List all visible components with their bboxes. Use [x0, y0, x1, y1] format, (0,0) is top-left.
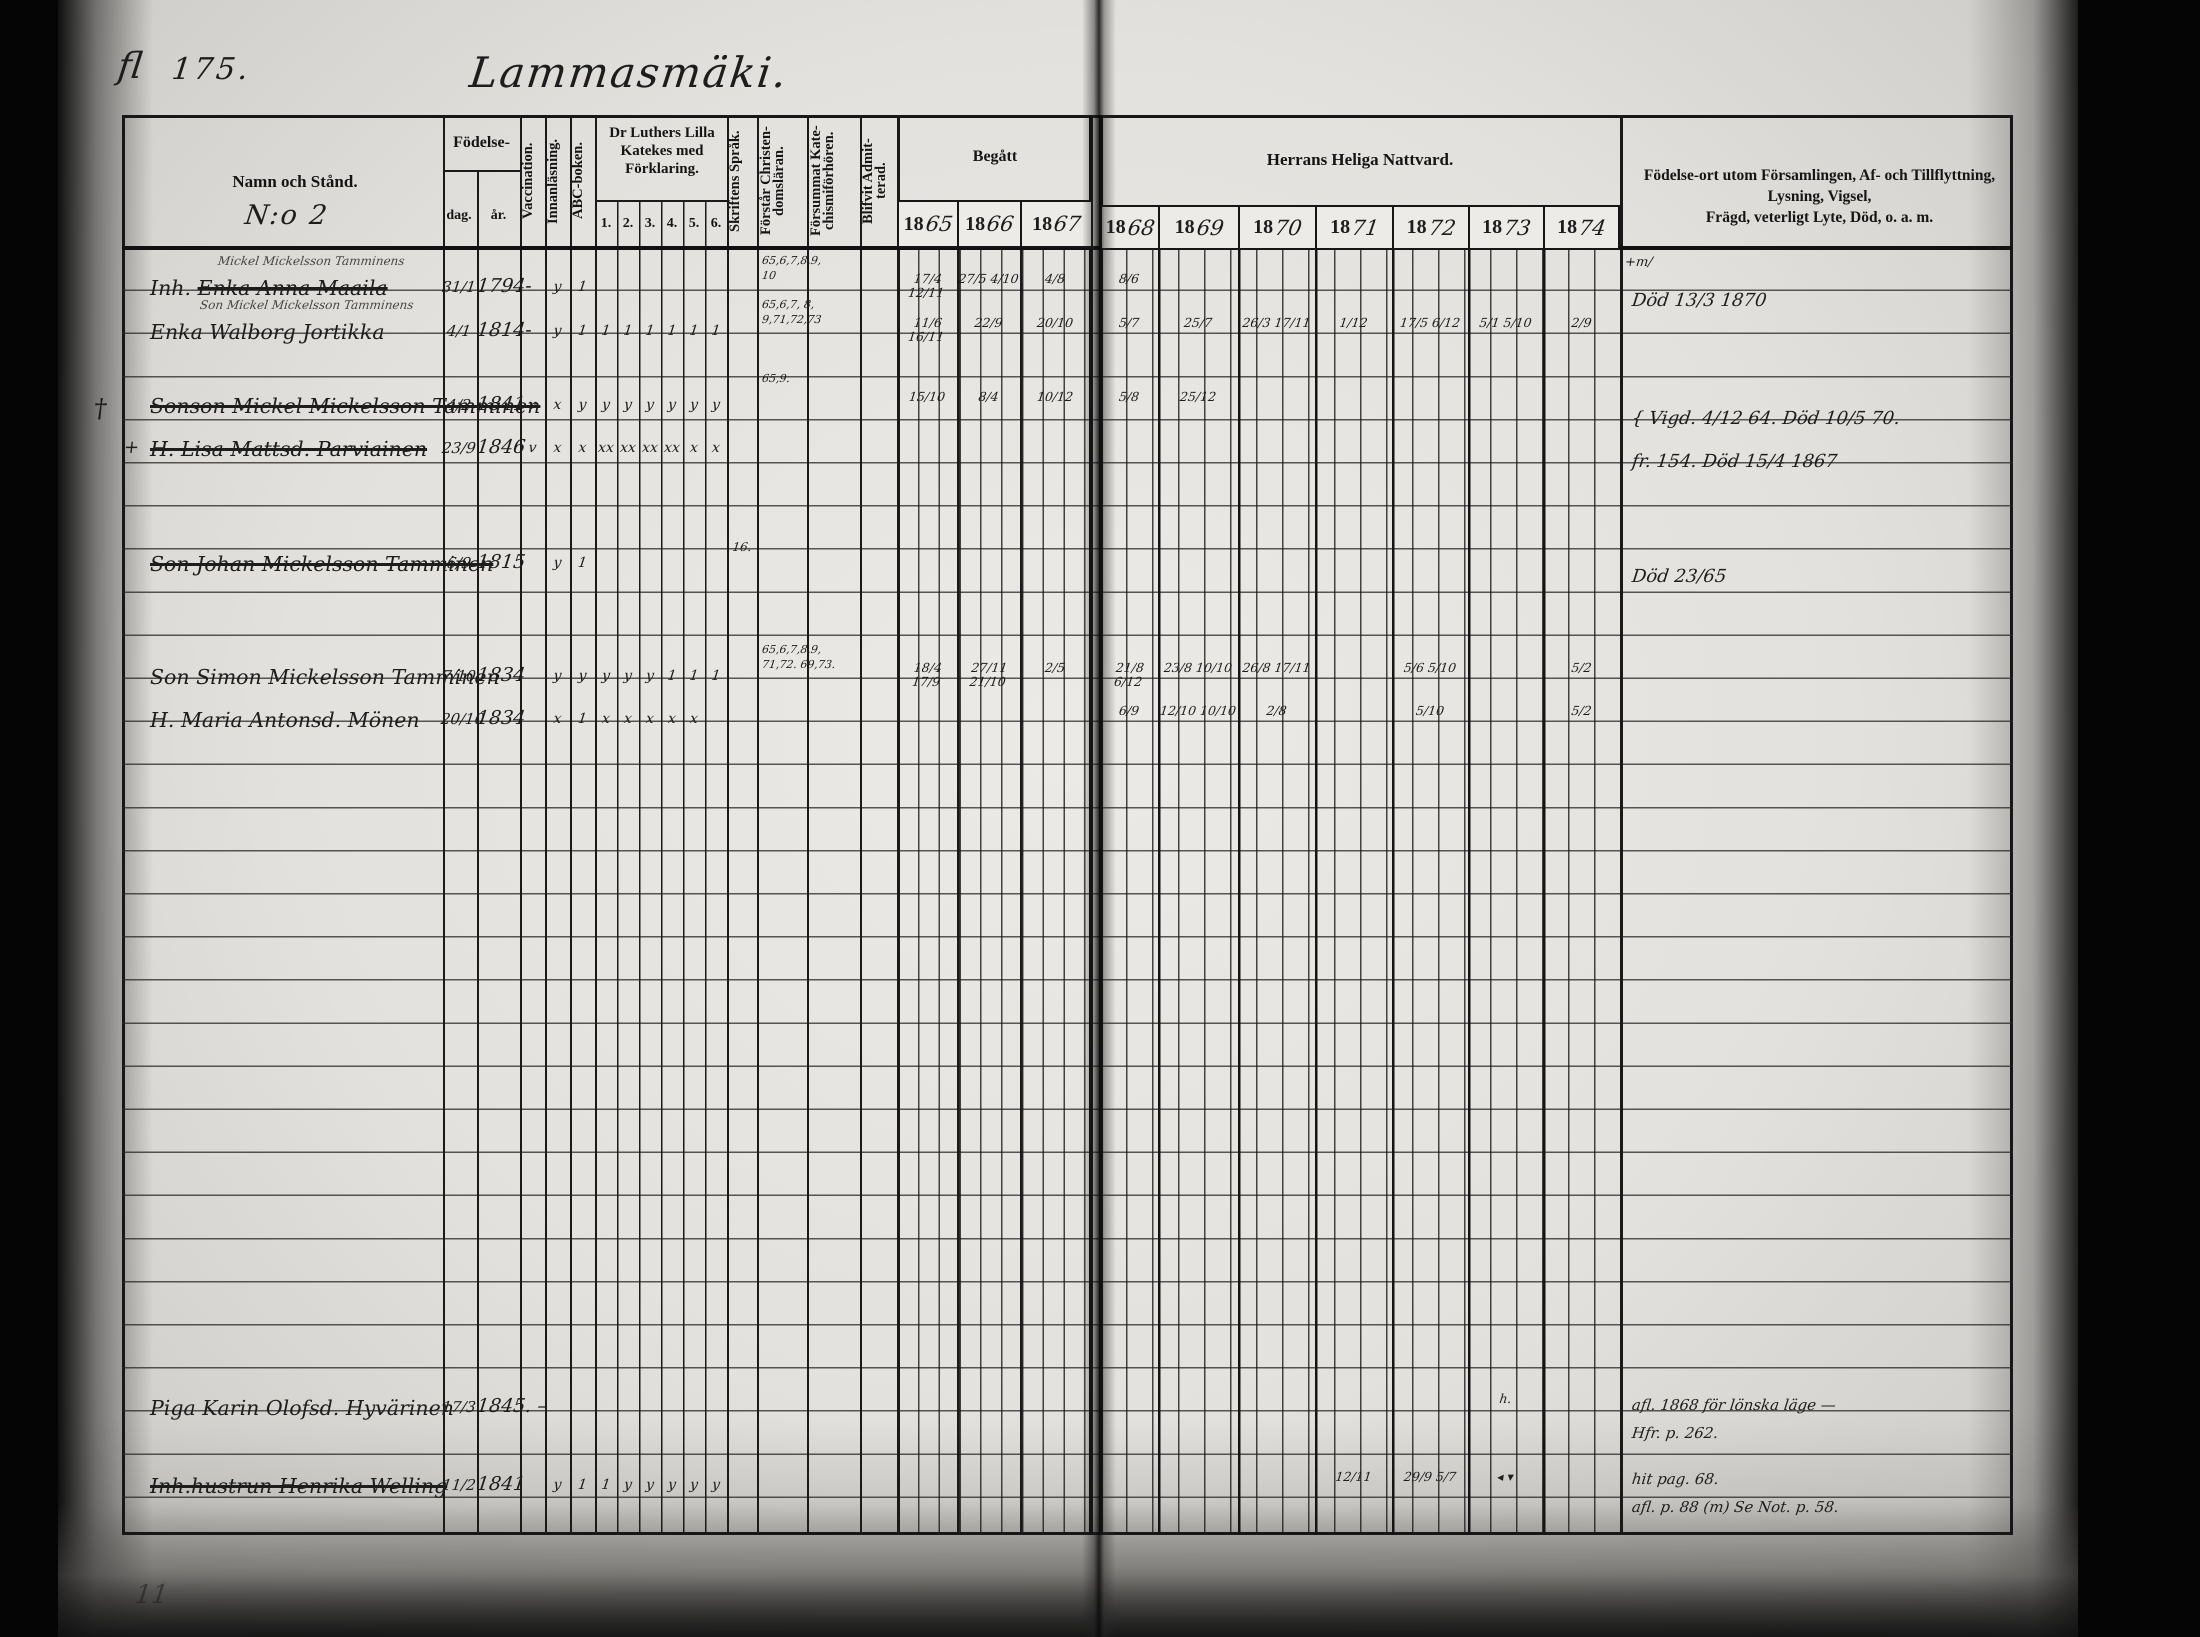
year-prefix: 18: [1253, 216, 1273, 239]
catechism-mark-4: y: [660, 397, 684, 413]
birth-group-header: Födelse-: [443, 134, 520, 152]
communion-1873: 5/1 5/10: [1467, 316, 1544, 330]
birth-day-cell: 23/9: [440, 439, 478, 457]
catechism-col-6: 6.: [705, 216, 727, 232]
remark-cell: hit pag. 68.: [1631, 1470, 2008, 1488]
communion-1873: h.: [1467, 1392, 1544, 1406]
birth-day-cell: 6/9: [440, 554, 478, 572]
communion-1872: 5/10: [1391, 704, 1469, 718]
communion-1865: 15/10: [896, 390, 958, 404]
birth-day-cell: 31/1: [440, 278, 478, 296]
communion-1866: 27/11 21/10: [955, 661, 1021, 689]
birth-year-cell: 1841: [476, 393, 522, 415]
communion-1869: 25/12: [1157, 390, 1239, 404]
understands-note: 10: [761, 269, 888, 282]
person-name: Karin Olofsd. Hyvärinen: [202, 1396, 454, 1420]
catechism-mark-5: y: [682, 1477, 706, 1493]
book-fold-shadow: [1082, 0, 1116, 1637]
catechism-mark-3: y: [638, 668, 662, 684]
catechism-mark-5: 1: [682, 323, 706, 339]
year-digits: 73: [1502, 216, 1532, 240]
catechism-mark-1: y: [594, 397, 618, 413]
birth-year-cell: 1846: [476, 436, 522, 458]
catechism-mark-6: y: [704, 1477, 728, 1493]
catechism-mark-2: 1: [616, 323, 640, 339]
catechism-mark-5: x: [682, 711, 706, 727]
year-header-1870: 1870: [1238, 205, 1317, 250]
catechism-mark-6: 1: [704, 323, 728, 339]
understands-note: 65,6,7,8,9,: [761, 643, 888, 656]
communion-1874: 2/9: [1542, 316, 1621, 330]
birth-year-cell: 1841: [476, 1473, 522, 1495]
communion-1870: 26/8 17/11: [1237, 661, 1316, 675]
abc-mark: 1: [569, 323, 596, 339]
understands-note: 9,71,72,73: [761, 313, 888, 326]
year-digits: 70: [1273, 216, 1303, 240]
communion-1873: ◂ ▾: [1467, 1470, 1544, 1484]
abc-mark: 1: [569, 279, 596, 295]
abc-column-header: ABC-boken.: [572, 118, 594, 244]
remark-cell: Död 23/65: [1631, 566, 2009, 587]
year-digits: 66: [985, 212, 1015, 236]
name-cell: H. Maria Antonsd. Mönen: [150, 708, 450, 732]
year-digits: 67: [1052, 212, 1082, 236]
vaccination-mark: v: [519, 397, 546, 413]
year-digits: 71: [1350, 216, 1380, 240]
remark-cell: fr. 154. Död 15/4 1867: [1631, 451, 2009, 472]
death-cross-icon: †: [92, 394, 109, 424]
communion-1866: 27/5 4/10: [956, 272, 1021, 286]
catechism-mark-1: 1: [594, 1477, 618, 1493]
communion-1870: 2/8: [1237, 704, 1316, 718]
notes-header-line1: Födelse-ort utom Församlingen, Af- och T…: [1644, 167, 1995, 205]
catechism-mark-4: y: [660, 1477, 684, 1493]
year-prefix: 18: [1330, 216, 1350, 239]
person-name: Walborg Jortikka: [209, 320, 384, 344]
birth-year-header: år.: [477, 208, 520, 224]
communion-1870: 26/3 17/11: [1237, 316, 1316, 330]
birth-day-cell: 17/3: [440, 1398, 478, 1416]
name-cell: Enka Walborg Jortikka: [150, 320, 450, 344]
birth-year-cell: 1834: [476, 664, 522, 686]
name-cell: Inh. Enka Anna Maaila: [150, 276, 450, 300]
person-name: Inh.hustrun Henrika Welling: [150, 1474, 447, 1498]
reading-mark: y: [544, 1477, 571, 1493]
birth-day-cell: 4/2: [440, 396, 478, 414]
line-under-katekes: [595, 200, 729, 202]
name-column-header: Namn och Stånd.: [150, 172, 440, 192]
year-header-1866: 1866: [957, 200, 1022, 248]
catechism-mark-6: y: [704, 397, 728, 413]
catechism-mark-2: y: [616, 1477, 640, 1493]
overline-name: Son Mickel Mickelsson Tamminens: [199, 298, 414, 312]
understands-note: 65,9.: [761, 372, 888, 385]
understands-note: 65,6,7,8,9,: [761, 254, 888, 267]
year-digits: 72: [1427, 216, 1457, 240]
birth-year-cell: 1794-: [476, 275, 522, 297]
abc-mark: 1: [569, 555, 596, 571]
year-digits: 65: [924, 212, 954, 236]
note-mark: +m/: [1624, 255, 1686, 270]
name-cell: H. Lisa Mattsd. Parviainen: [150, 437, 450, 461]
catechism-mark-2: y: [616, 397, 640, 413]
catechism-mark-1: xx: [594, 440, 618, 456]
reading-column-header: Innanläsning.: [547, 118, 569, 244]
name-cell: Son Simon Mickelsson Tamminen: [150, 665, 450, 689]
remark-cell-2: afl. p. 88 (m) Se Not. p. 58.: [1631, 1498, 2008, 1516]
plus-cross-icon: +: [123, 437, 141, 458]
catechism-mark-2: xx: [616, 440, 640, 456]
catechism-col-5: 5.: [683, 216, 705, 232]
script-column-header: Skriftens Språk.: [729, 118, 755, 244]
catechism-mark-1: x: [594, 711, 618, 727]
communion-1872: 29/9 5/7: [1391, 1470, 1469, 1484]
name-prefix: Enka: [150, 320, 203, 344]
abc-mark: y: [569, 397, 596, 413]
name-prefix: Inh.: [150, 276, 191, 300]
communion-1872: 17/5 6/12: [1391, 316, 1469, 330]
year-prefix: 18: [965, 213, 985, 236]
notes-column-header: Födelse-ort utom Församlingen, Af- och T…: [1632, 165, 2007, 228]
catechism-col-4: 4.: [661, 216, 683, 232]
remark-cell: Död 13/3 1870: [1631, 290, 2009, 311]
remark-cell: { Vigd. 4/12 64. Död 10/5 70.: [1631, 408, 2009, 429]
year-header-1873: 1873: [1468, 205, 1545, 250]
name-cell: Piga Karin Olofsd. Hyvärinen: [150, 1396, 450, 1420]
communion-1869: 23/8 10/10: [1157, 661, 1239, 675]
overline-name: Mickel Mickelsson Tamminens: [217, 254, 405, 268]
birth-day-cell: 11/2: [440, 1476, 478, 1494]
reading-mark: x: [544, 397, 571, 413]
year-header-1865: 1865: [897, 200, 959, 248]
catechism-mark-6: 1: [704, 668, 728, 684]
catechism-mark-3: x: [638, 711, 662, 727]
communion-1865: 18/4 17/9: [895, 661, 958, 689]
person-name: H. Lisa Mattsd. Parviainen: [150, 437, 427, 461]
book-scan: fl 175. Lammasmäki. Namn och Stånd. N:o …: [0, 0, 2200, 1637]
year-header-1871: 1871: [1315, 205, 1394, 250]
notes-header-line2: Frägd, veterligt Lyte, Död, o. a. m.: [1706, 209, 1933, 226]
birth-day-cell: 7/10: [440, 667, 478, 685]
admitted-column-header: Blifvit Admit- terad.: [862, 118, 895, 244]
reading-mark: y: [544, 555, 571, 571]
catechism-mark-4: x: [660, 711, 684, 727]
abc-mark: y: [569, 668, 596, 684]
page-title: Lammasmäki.: [467, 48, 791, 97]
reading-mark: y: [544, 668, 571, 684]
communion-1871: 12/11: [1314, 1470, 1393, 1484]
catechism-mark-4: xx: [660, 440, 684, 456]
catechism-mark-5: 1: [682, 668, 706, 684]
communion-1871: 1/12: [1314, 316, 1393, 330]
person-name: Maria Antonsd. Mönen: [181, 708, 420, 732]
communion-1869: 25/7: [1157, 316, 1239, 330]
communion-1874: 5/2: [1542, 661, 1621, 675]
understands-note: 65,6,7, 8,: [761, 298, 888, 311]
communion-1869: 12/10 10/10: [1157, 704, 1239, 718]
year-prefix: 18: [904, 213, 924, 236]
birth-year-cell: 1814-: [476, 319, 522, 341]
catechism-col-3: 3.: [639, 216, 661, 232]
name-cell: Son Johan Mickelsson Tamminen: [150, 552, 450, 576]
year-prefix: 18: [1032, 213, 1052, 236]
name-prefix: H.: [150, 708, 174, 732]
birth-year-cell: 1845. –: [476, 1395, 522, 1417]
year-header-1872: 1872: [1392, 205, 1470, 250]
communion-1865: 17/4 12/11: [895, 272, 958, 300]
communion-1874: 5/2: [1542, 704, 1621, 718]
communion-1867: 10/12: [1019, 390, 1091, 404]
communion-1867: 4/8: [1019, 272, 1091, 286]
catechism-mark-5: y: [682, 397, 706, 413]
reading-mark: y: [544, 279, 571, 295]
abc-mark: 1: [569, 1477, 596, 1493]
year-prefix: 18: [1482, 216, 1502, 239]
name-cell: Sonson Mickel Mickelsson Tamminen: [150, 394, 450, 418]
birth-year-cell: 1834: [476, 707, 522, 729]
begatt-group-header: Begått: [897, 148, 1093, 166]
vaccination-mark: v: [519, 440, 546, 456]
year-prefix: 18: [1407, 216, 1427, 239]
communion-1867: 20/10: [1019, 316, 1091, 330]
communion-1866: 22/9: [956, 316, 1021, 330]
catechism-mark-3: 1: [638, 323, 662, 339]
communion-1867: 2/5: [1019, 661, 1091, 675]
communion-1872: 5/6 5/10: [1391, 661, 1469, 675]
reading-mark: x: [544, 711, 571, 727]
nattvard-group-header: Herrans Heliga Nattvard.: [1100, 150, 1620, 170]
catechism-mark-1: y: [594, 668, 618, 684]
catechism-mark-3: y: [638, 1477, 662, 1493]
year-prefix: 18: [1557, 216, 1577, 239]
year-digits: 68: [1126, 216, 1156, 240]
catechism-mark-4: 1: [660, 668, 684, 684]
page-number: 175.: [170, 52, 253, 87]
person-name: Enka Anna Maaila: [198, 276, 388, 300]
remark-cell: afl. 1868 för lönska läge —: [1631, 1396, 2008, 1414]
understands-note: 71,72. 69,73.: [761, 658, 888, 671]
missed-column-header: Försummat Kate- chismiförhören.: [810, 118, 856, 244]
folio-mark: fl: [115, 46, 144, 87]
corner-smudge: 11: [133, 1580, 170, 1610]
catechism-mark-1: 1: [594, 323, 618, 339]
catechism-mark-2: x: [616, 711, 640, 727]
catechism-mark-5: x: [682, 440, 706, 456]
year-prefix: 18: [1175, 216, 1195, 239]
communion-1865: 11/6 16/11: [895, 316, 958, 344]
year-header-1874: 1874: [1543, 205, 1620, 250]
catechism-col-1: 1.: [595, 216, 617, 232]
communion-1866: 8/4: [956, 390, 1021, 404]
catechism-mark-3: xx: [638, 440, 662, 456]
reading-mark: x: [544, 440, 571, 456]
birth-day-cell: 20/10: [440, 710, 478, 728]
catechism-col-2: 2.: [617, 216, 639, 232]
birth-year-cell: 1815: [476, 551, 522, 573]
year-digits: 74: [1577, 216, 1607, 240]
catechism-mark-2: y: [616, 668, 640, 684]
script-mark: 16.: [726, 540, 758, 554]
line-under-fodelse: [443, 170, 522, 172]
catechism-mark-3: y: [638, 397, 662, 413]
catechism-group-header: Dr Luthers Lilla Katekes med Förklaring.: [597, 124, 727, 178]
understands-column-header: Förstår Christen- domsläran.: [760, 118, 804, 244]
year-digits: 69: [1195, 216, 1225, 240]
vaccination-column-header: Vaccination.: [522, 118, 544, 244]
remark-cell-2: Hfr. p. 262.: [1631, 1424, 2008, 1442]
abc-mark: x: [569, 440, 596, 456]
catechism-mark-6: x: [704, 440, 728, 456]
catechism-mark-4: 1: [660, 323, 684, 339]
household-number: N:o 2: [243, 200, 331, 231]
abc-mark: 1: [569, 711, 596, 727]
birth-day-header: dag.: [441, 208, 477, 224]
birth-day-cell: 4/1: [440, 322, 478, 340]
name-prefix: Piga: [150, 1396, 196, 1420]
reading-mark: y: [544, 323, 571, 339]
name-cell: Inh.hustrun Henrika Welling: [150, 1474, 450, 1498]
year-header-1869: 1869: [1158, 205, 1240, 250]
